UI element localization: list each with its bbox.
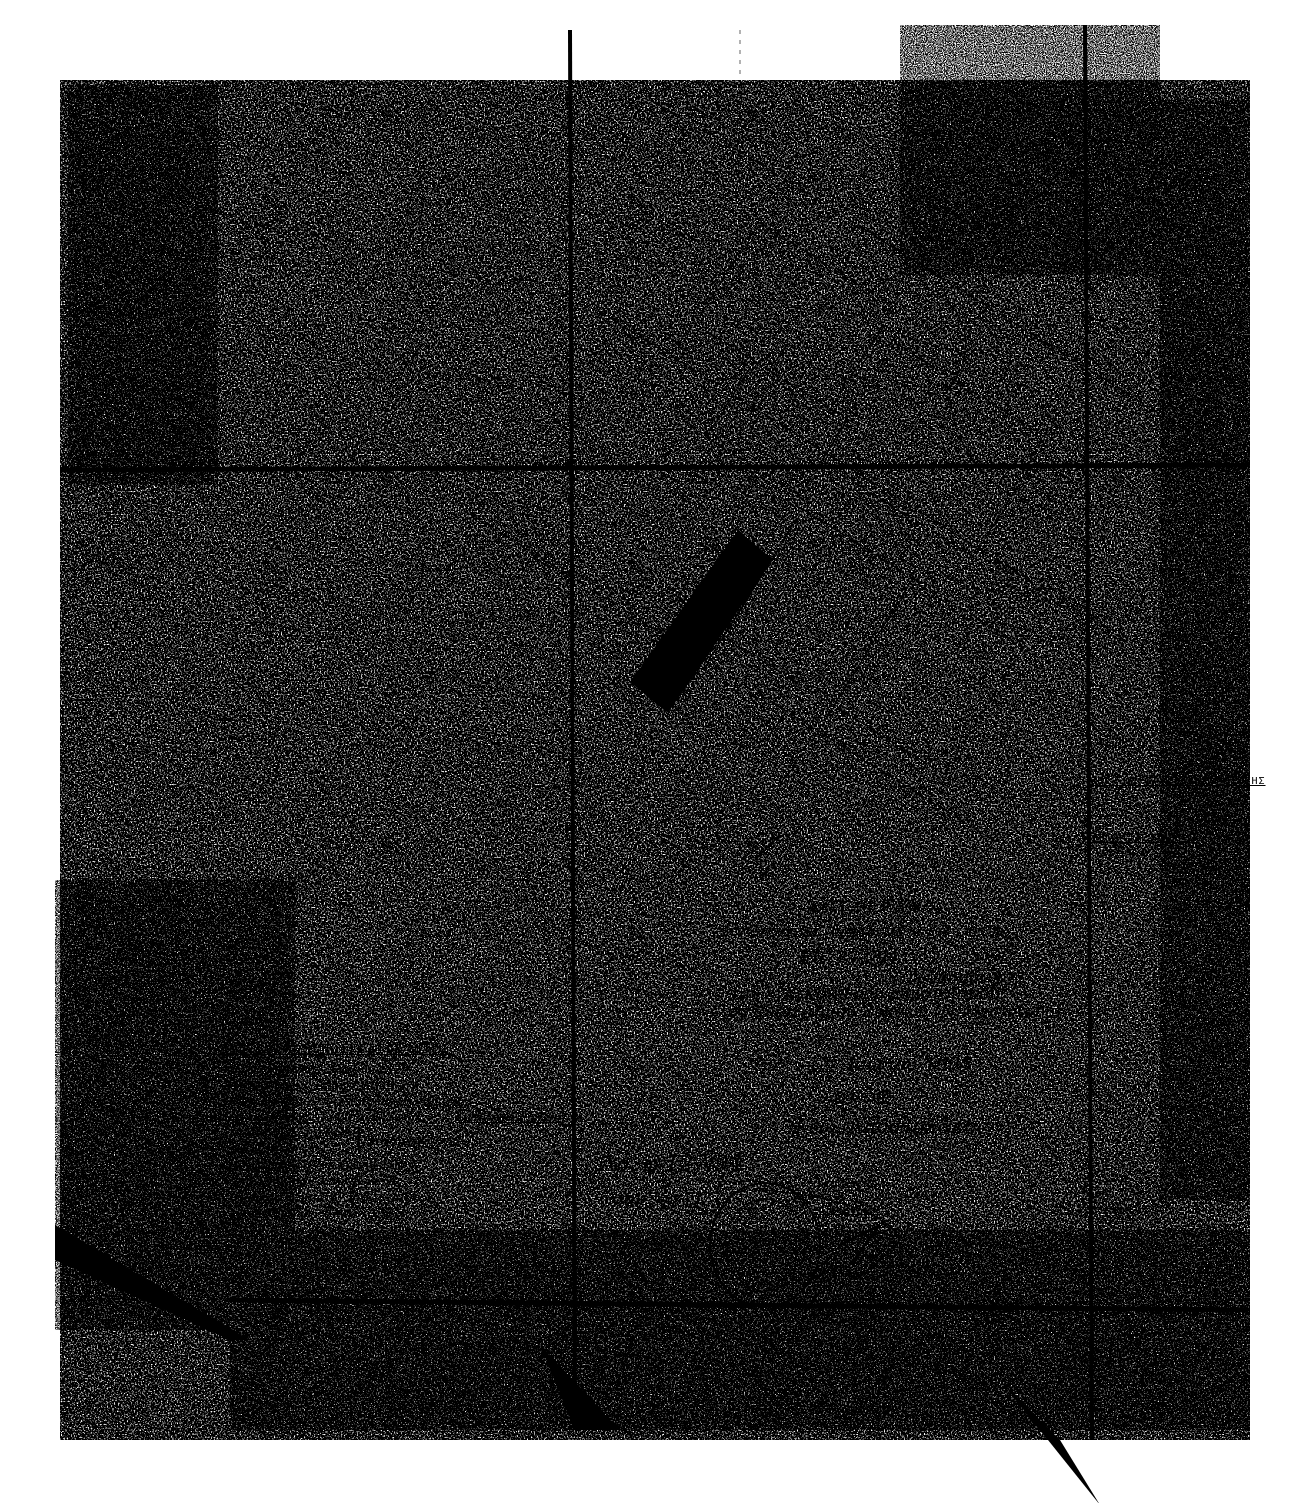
date-prefix: Αθήνα	[755, 1060, 787, 1070]
shoreline-boundary-label: ΟΡΙΟ ΑΙΓΙΑΛΟΥ ΑΚΤΟΠΟΙΗΣΗΣ	[1090, 776, 1266, 787]
legend-side-note: Κάτοικοι Συκεών	[455, 1110, 561, 1124]
drafted-line-2: Ο ΜΗΧΑΝΙΚΟΣ	[1078, 1205, 1149, 1215]
date-year: 1994	[925, 1054, 971, 1075]
approval-line-1: ΘΕΩΡΗΘΗΚΕ	[818, 1180, 876, 1190]
approval-line-3: Ο ΔΗΜΑΡΧΟΣ	[818, 1206, 882, 1216]
legend-row: ...ιάδης Ιερεμίας - Καμινίων 29	[218, 1062, 409, 1076]
file-reference: Αρ. φ 127/94	[600, 1152, 743, 1177]
date-day: 17	[808, 1054, 831, 1075]
decree-label: (2) Π.Δ.	[1100, 848, 1156, 859]
elevation-label: +15850	[60, 552, 116, 568]
legend-row: ...ίδου Σωτηρία - Φιλιππούπολη Καβάλα	[218, 1094, 462, 1108]
date-month: Ιουνίου	[848, 1054, 917, 1075]
mayor-signature-name: ΠΑΠΑΔΟΠΟΥΛΟΣ	[812, 1272, 889, 1282]
approval-line-2: ΣΥΚΙΕΣ 5 - 8 - 1992	[808, 1193, 930, 1203]
legend-row: ...ου Θεόδωρος - Επταπυργίου 36	[218, 1110, 420, 1124]
drafted-line-1: ΣΥΚΙΕΣ ΙΟΥΝΙΟΣ 1992	[1075, 1190, 1197, 1200]
copy-heading: ΑΝΤΙΓΡΑΦΟ	[810, 900, 940, 916]
legend-row: ...ντιάδης Αλέξανδρος	[218, 1126, 354, 1140]
ministry-name: ΠΕΡΙΒΑΛΛΟΝΤΟΣ ΧΩΡΟΤΑΞΙΑΣ & ΔΗΜ. ΕΡΓΩΝ	[722, 926, 1004, 939]
foreshore-boundary-label: ΟΡΙΟ ΑΙΓΙΑΛΟΥ	[1092, 833, 1183, 844]
legend-row: ...τζή Δέσποινα - Βαλτετσίου 1	[218, 1206, 407, 1220]
signer-name: Γεώ. Αποστολάκος	[795, 1114, 988, 1138]
protocol-number: Γ67773/94	[800, 948, 899, 969]
legend-row: ...ης Δημήτριος - Βαλτετσίου 3	[218, 1078, 405, 1092]
subject-line-3: σχεδίου Δήμου Συκεών (Ν. Θεσ/νίκης).	[728, 1002, 1066, 1022]
legend-row: ...ίδης Ζαφείρης - Καμινίων 31 Α	[218, 1158, 418, 1172]
subject-line-2: του εγκεκριμένου ρυμοτομικού	[730, 984, 1000, 1004]
legend-bracket-note: Επταπυργίου 42	[362, 1134, 461, 1148]
scanned-plan-sheet	[0, 0, 1309, 1503]
legend-row: ...αου Ασημίνα - Καμινίων 31	[218, 1174, 397, 1188]
legend-title: ΕΝΔΙΑΦΕΡΟΜΕΝΟΙ ΙΔΙΟΚΤΗΤΕΣ	[220, 1042, 451, 1056]
attachment-reference: συν. σχ. 1	[612, 1188, 704, 1209]
legend-row: ...ρας Σωτήριος	[218, 1142, 313, 1156]
legend-bracket: ]	[352, 1124, 362, 1154]
legend-row: ...οπούλου Κυριακή - Βαλτετσίου 3	[218, 1190, 431, 1204]
signer-title: Δ/ντής	[830, 1086, 891, 1107]
